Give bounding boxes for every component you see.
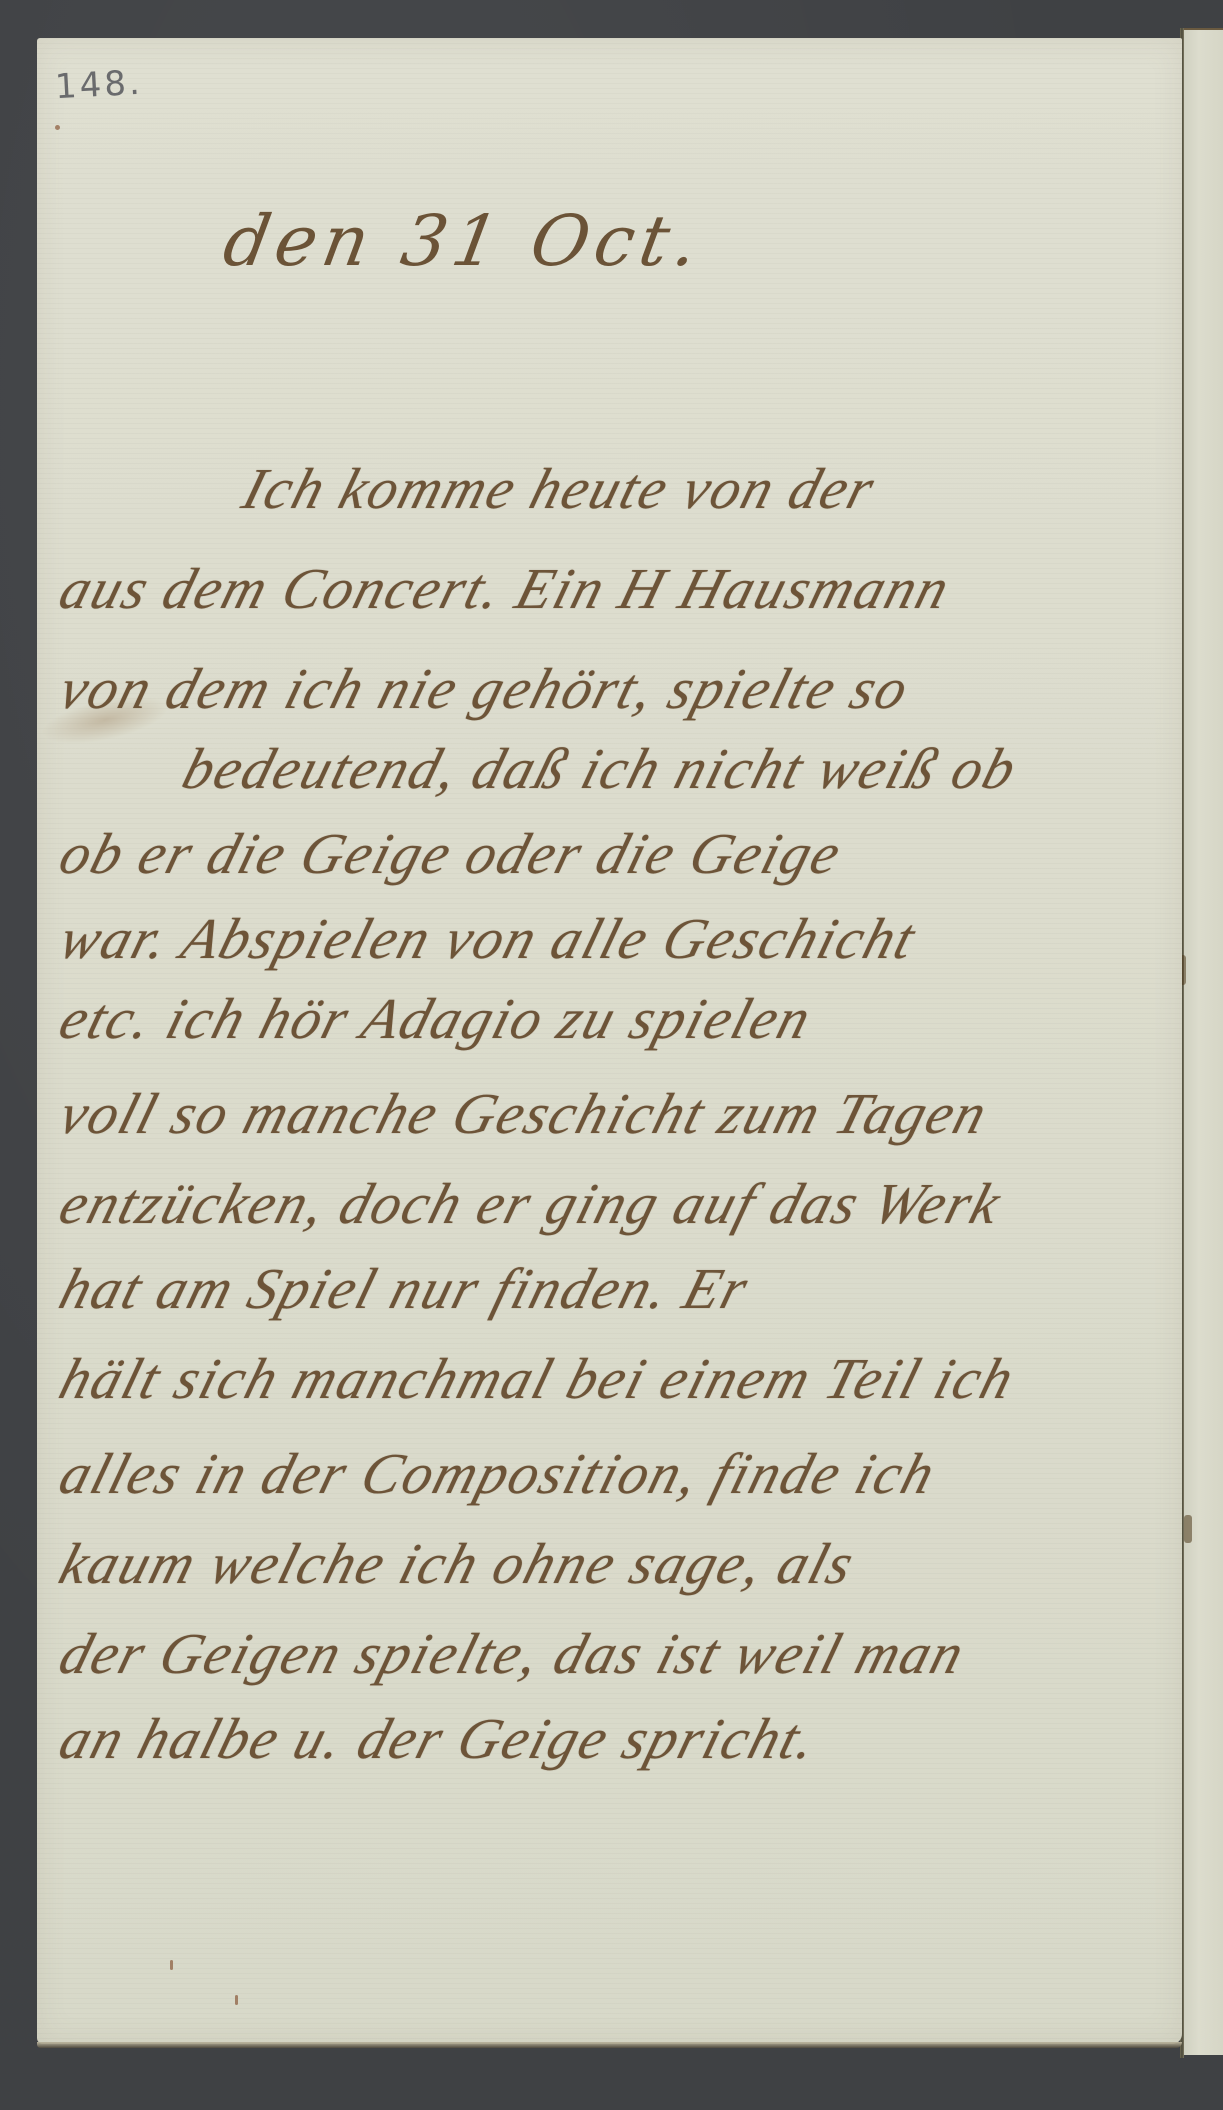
handwritten-line-1: Ich komme heute von der <box>235 455 883 522</box>
handwritten-line-4: bedeutend, daß ich nicht weiß ob <box>175 735 1025 802</box>
handwritten-line-8: voll so manche Geschicht zum Tagen <box>52 1080 996 1147</box>
ink-speck <box>55 125 60 130</box>
gutter-tear-mark <box>1184 1515 1192 1543</box>
handwritten-line-2: aus dem Concert. Ein H Hausmann <box>52 555 958 622</box>
handwritten-line-12: alles in der Composition, finde ich <box>52 1440 944 1507</box>
handwritten-line-9: entzücken, doch er ging auf das Werk <box>52 1170 1009 1237</box>
handwritten-line-14: der Geigen spielte, das ist weil man <box>52 1620 973 1687</box>
folio-number: 148. <box>54 63 144 108</box>
handwritten-line-13: kaum welche ich ohne sage, als <box>52 1530 862 1597</box>
handwritten-line-15: an halbe u. der Geige spricht. <box>52 1705 825 1772</box>
handwritten-line-5: ob er die Geige oder die Geige <box>52 820 850 887</box>
handwritten-line-10: hat am Spiel nur finden. Er <box>52 1255 757 1322</box>
ink-speck <box>170 1960 173 1970</box>
handwritten-line-7: etc. ich hör Adagio zu spielen <box>52 985 820 1052</box>
handwritten-line-3: von dem ich nie gehört, spielte so <box>52 655 917 722</box>
handwritten-line-11: hält sich manchmal bei einem Teil ich <box>52 1345 1023 1412</box>
ink-speck <box>235 1995 238 2005</box>
letter-date-heading: den 31 Oct. <box>218 200 710 282</box>
adjacent-leaf-edge <box>1183 30 1223 2055</box>
handwritten-line-6: war. Abspielen von alle Geschicht <box>52 905 924 972</box>
